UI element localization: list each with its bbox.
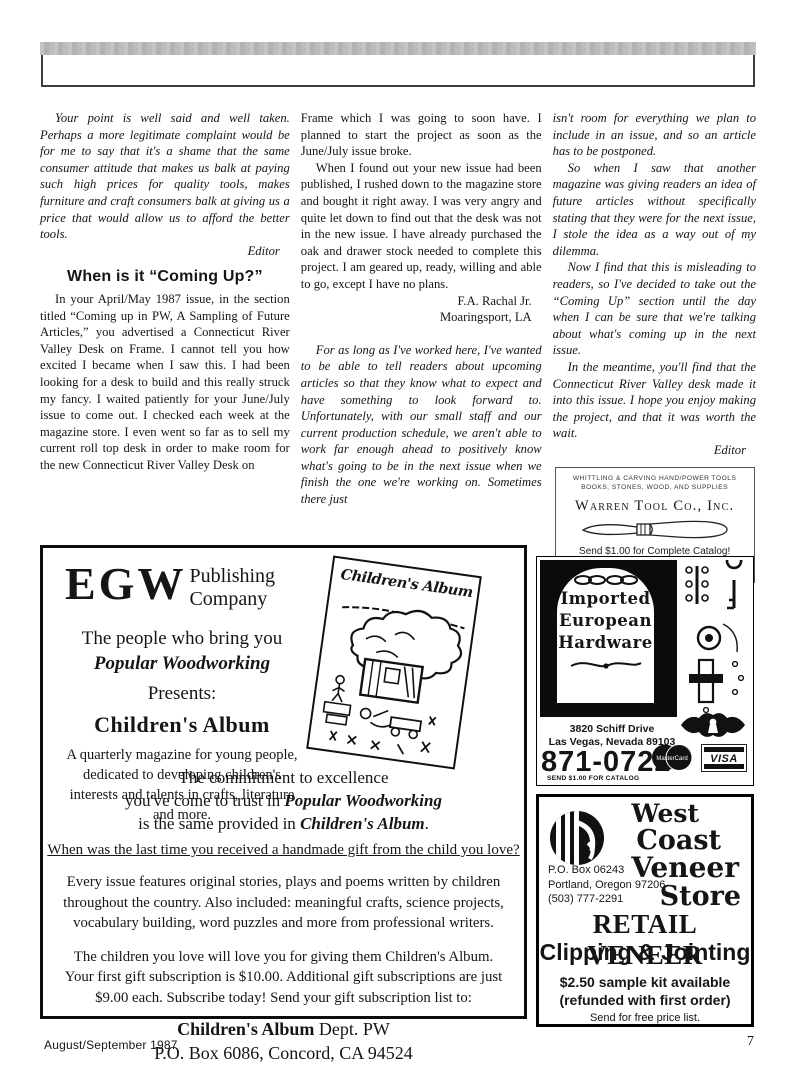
veneer-offer-line1: $2.50 sample kit available bbox=[539, 973, 751, 991]
hardware-title-panel: Imported European Hardware bbox=[557, 568, 654, 703]
egw-commit-line3-text: is the same provided in bbox=[138, 814, 300, 833]
issue-date: August/September 1987 bbox=[44, 1038, 178, 1052]
editor-signature: Editor bbox=[40, 243, 290, 260]
hardware-title-line1: Imported bbox=[557, 588, 654, 610]
section-banner-box bbox=[41, 55, 755, 87]
veneer-name-line2: Coast bbox=[631, 827, 721, 855]
mastercard-label: MasterCard bbox=[656, 756, 687, 762]
egw-commit-line1: The commitment to excellence bbox=[43, 766, 524, 789]
childrens-album-cover: Children's Album bbox=[306, 556, 482, 770]
editor-signature: Editor bbox=[553, 442, 756, 459]
warren-tagline-2: BOOKS, STONES, WOOD, AND SUPPLIES bbox=[556, 484, 754, 493]
letter-heading: When is it “Coming Up?” bbox=[40, 269, 290, 286]
letter-paragraph: Your point is well said and well taken. … bbox=[40, 110, 290, 243]
egw-logo-sub2: Company bbox=[189, 588, 275, 611]
egw-order-dept: Dept. PW bbox=[314, 1019, 390, 1039]
letters-section: Your point is well said and well taken. … bbox=[40, 110, 756, 583]
veneer-address: P.O. Box 06243 Portland, Oregon 97206 (5… bbox=[548, 863, 665, 907]
letters-column-1: Your point is well said and well taken. … bbox=[40, 110, 290, 583]
egw-logo-sub1: Publishing bbox=[189, 565, 275, 588]
european-hardware-ad: Imported European Hardware bbox=[536, 556, 754, 786]
letter-author-city: Moaringsport, LA bbox=[301, 309, 542, 326]
editor-reply: For as long as I've worked here, I've wa… bbox=[301, 342, 542, 508]
egw-commit-line3-product: Children's Album bbox=[300, 814, 425, 833]
visa-bottom-bar bbox=[704, 764, 744, 769]
hardware-catalog-note: SEND $1.00 FOR CATALOG bbox=[547, 775, 639, 782]
letters-column-3: isn't room for everything we plan to inc… bbox=[553, 110, 756, 583]
hardware-items-icon bbox=[679, 560, 752, 717]
chain-ornament-icon bbox=[573, 574, 639, 586]
veneer-phone: (503) 777-2291 bbox=[548, 892, 665, 907]
letter-paragraph: When I found out your new issue had been… bbox=[301, 160, 542, 293]
letter-author: F.A. Rachal Jr. bbox=[301, 293, 542, 310]
egw-question: When was the last time you received a ha… bbox=[43, 842, 524, 859]
visa-top-bar bbox=[704, 747, 744, 752]
editor-reply: isn't room for everything we plan to inc… bbox=[553, 110, 756, 160]
egw-pitch-block: The commitment to excellence you've come… bbox=[43, 766, 524, 1064]
warren-company-name: Warren Tool Co., Inc. bbox=[556, 498, 754, 515]
veneer-headline-2: Clipping & Jointing bbox=[539, 939, 751, 966]
egw-commit-line2-text: you've come to trust in bbox=[125, 791, 284, 810]
egw-product-name: Children's Album bbox=[47, 712, 317, 738]
swirl-ornament-icon bbox=[569, 658, 643, 672]
header-rule-bar bbox=[40, 42, 756, 55]
egw-body-paragraph-1: Every issue features original stories, p… bbox=[60, 872, 508, 934]
letters-column-2: Frame which I was going to soon have. I … bbox=[301, 110, 542, 583]
hardware-title-line2: European bbox=[557, 610, 654, 632]
veneer-address-line1: P.O. Box 06243 bbox=[548, 863, 665, 878]
mastercard-icon: MasterCard bbox=[648, 743, 696, 772]
letter-paragraph: In your April/May 1987 issue, in the sec… bbox=[40, 291, 290, 474]
editor-reply: So when I saw that another magazine was … bbox=[553, 160, 756, 260]
visa-icon: VISA bbox=[701, 744, 747, 772]
egw-logo-subtext: Publishing Company bbox=[189, 560, 275, 611]
warren-tagline-1: WHITTLING & CARVING HAND/POWER TOOLS bbox=[556, 475, 754, 484]
hardware-title-line3: Hardware bbox=[557, 632, 654, 654]
egw-logo-text: EGW bbox=[65, 560, 186, 608]
veneer-address-line2: Portland, Oregon 97206 bbox=[548, 878, 665, 893]
egw-body-paragraph-2: The children you love will love you for … bbox=[64, 947, 504, 1009]
veneer-logo-icon bbox=[548, 809, 606, 867]
hardware-illustrations bbox=[679, 560, 752, 717]
egw-order-line1: Children's Album Dept. PW bbox=[43, 1019, 524, 1040]
veneer-offer: $2.50 sample kit available (refunded wit… bbox=[539, 973, 751, 1009]
egw-commit-line2-magazine: Popular Woodworking bbox=[284, 791, 442, 810]
egw-presents: Presents: bbox=[47, 683, 317, 705]
veneer-name-line1: West bbox=[631, 801, 699, 827]
carving-knife-icon bbox=[577, 516, 733, 543]
editor-reply: Now I find that this is misleading to re… bbox=[553, 259, 756, 359]
egw-intro: The people who bring you bbox=[47, 628, 317, 650]
egw-logo: EGW Publishing Company bbox=[65, 560, 275, 611]
egw-commit-line2: you've come to trust in Popular Woodwork… bbox=[43, 789, 524, 812]
hardware-address-line1: 3820 Schiff Drive bbox=[547, 723, 677, 736]
editor-reply: In the meantime, you'll find that the Co… bbox=[553, 359, 756, 442]
egw-order-product: Children's Album bbox=[177, 1019, 314, 1039]
veneer-note: Send for free price list. bbox=[539, 1012, 751, 1024]
west-coast-veneer-ad: West Coast Veneer Store P.O. Box 06243 P… bbox=[536, 794, 754, 1027]
egw-commit-line3: is the same provided in Children's Album… bbox=[43, 812, 524, 835]
egw-magazine-name: Popular Woodworking bbox=[47, 653, 317, 675]
page-number: 7 bbox=[747, 1034, 754, 1050]
cover-treehouse-illustration bbox=[308, 582, 476, 769]
letter-paragraph: Frame which I was going to soon have. I … bbox=[301, 110, 542, 160]
payment-cards: MasterCard VISA bbox=[648, 743, 747, 772]
veneer-offer-line2: (refunded with first order) bbox=[539, 991, 751, 1009]
egw-publishing-ad: EGW Publishing Company The people who br… bbox=[40, 545, 527, 1019]
keyhole-plate-icon bbox=[677, 712, 749, 738]
magazine-page: Your point is well said and well taken. … bbox=[0, 0, 792, 1075]
egw-commit-line3-period: . bbox=[425, 814, 429, 833]
